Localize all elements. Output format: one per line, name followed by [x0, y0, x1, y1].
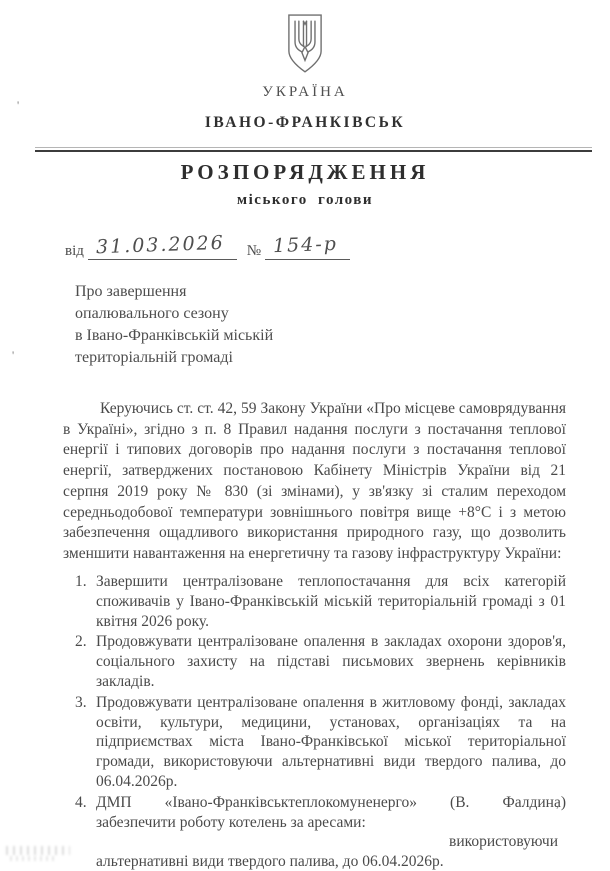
date-value-handwritten: 31.03.2026 [96, 232, 225, 258]
date-label: від [65, 243, 84, 260]
date-field: 31.03.2026 [88, 234, 237, 260]
list-item: 1. Завершити централізоване теплопостача… [63, 572, 566, 631]
intro-paragraph: Керуючись ст. ст. 42, 59 Закону України … [63, 399, 566, 565]
subject-line: опалювального сезону [75, 303, 345, 325]
number-field: 154-р [265, 234, 350, 260]
number-label: № [247, 243, 261, 260]
item-text-line: ДМП «Івано-Франківськтеплокомуненерго» (… [96, 793, 566, 813]
item-text-line: альтернативні види твердого палива, до 0… [96, 852, 566, 871]
list-item: 4. ДМП «Івано-Франківськтеплокомуненерго… [63, 793, 566, 871]
subject-line: в Івано-Франківській міській [75, 325, 345, 347]
scan-artifact-mark: ' [17, 98, 19, 113]
date-number-line: від 31.03.2026 № 154-р [65, 234, 354, 260]
item-text-line: забезпечити роботу котелень за аресами: [96, 813, 566, 833]
document-subtitle: міського голови [0, 192, 610, 209]
item-number: 2. [75, 632, 87, 652]
resolution-list: 1. Завершити централізоване теплопостача… [63, 572, 566, 871]
scan-artifact-mark: ' [12, 348, 14, 363]
faint-stamp-artifact [6, 846, 70, 855]
item-text: Продовжувати централізоване опалення в з… [96, 633, 566, 690]
subject-line: територіальній громаді [75, 347, 345, 369]
ukraine-trident-emblem-icon [282, 12, 328, 78]
document-page: УКРАЇНА ІВАНО-ФРАНКІВСЬК РОЗПОРЯДЖЕННЯ м… [0, 0, 610, 871]
scan-artifact-mark: , [556, 796, 559, 811]
item-text: Продовжувати централізоване опалення в ж… [96, 694, 566, 790]
list-item: 3. Продовжувати централізоване опалення … [63, 693, 566, 792]
item-number: 3. [75, 693, 87, 713]
document-title: РОЗПОРЯДЖЕННЯ [0, 160, 610, 185]
header-divider [35, 147, 592, 152]
list-item: 2. Продовжувати централізоване опалення … [63, 632, 566, 691]
country-name: УКРАЇНА [0, 84, 610, 101]
item-number: 1. [75, 572, 87, 592]
subject-line: Про завершення [75, 281, 345, 303]
subject-block: Про завершення опалювального сезону в Ів… [75, 281, 345, 369]
number-value-handwritten: 154-р [273, 233, 339, 257]
city-name: ІВАНО-ФРАНКІВСЬК [0, 114, 610, 132]
item-number: 4. [75, 793, 87, 813]
item-text: Завершити централізоване теплопостачання… [96, 573, 566, 630]
item-text-line: використовуючи [96, 832, 566, 852]
faint-stamp-artifact [10, 856, 54, 861]
